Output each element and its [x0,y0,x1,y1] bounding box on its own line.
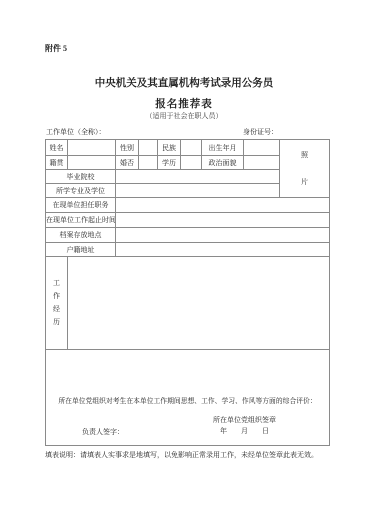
native-place-label-cell: 籍贯 [46,156,68,170]
political-status-value-cell [244,156,280,170]
archive-location-value-cell [116,228,330,243]
work-experience-char-4: 历 [53,319,60,326]
table-row: 在现单位工作起止时间 [46,213,330,228]
work-unit-label: 工作单位（全称）： [46,127,106,137]
table-row: 工 作 经 历 [46,257,330,350]
table-row: 所在单位党组织对考生在本单位工作期间思想、工作、学习、作风等方面的综合评价： 负… [46,350,330,446]
date-label: 年 月 日 [213,426,276,437]
marital-status-label-cell: 婚否 [116,156,139,170]
form-instructions: 填表说明：请填表人实事求是地填写，以免影响正常录用工作，未经单位签章此表无效。 [45,450,318,460]
work-experience-label-cell: 工 作 经 历 [46,257,68,350]
household-address-label-cell: 户籍地址 [46,243,116,257]
work-experience-char-1: 工 [53,280,60,287]
gender-label-cell: 性别 [116,140,139,156]
applicability-note: （适用于社会在职人员） [0,111,368,121]
ethnicity-value-cell [181,140,202,156]
current-position-value-cell [116,198,330,213]
work-experience-label: 工 作 经 历 [46,280,67,326]
signer-label: 负责人签字： [82,427,124,437]
political-status-label-cell: 政治面貌 [202,156,244,170]
marital-status-value-cell [139,156,158,170]
name-label-cell: 姓名 [46,140,68,156]
table-row: 在现单位担任职务 [46,198,330,213]
document-title: 中央机关及其直属机构考试录用公务员 [0,75,368,90]
gender-value-cell [139,140,158,156]
recommendation-form-table: 姓名 性别 民族 出生年月 照 片 籍贯 婚否 学历 政治面貌 [45,139,330,446]
name-value-cell [68,140,116,156]
org-seal-label: 所在单位党组织签章 [213,415,276,426]
education-value-cell [181,156,202,170]
graduate-school-label-cell: 毕业院校 [46,170,116,184]
table-row: 姓名 性别 民族 出生年月 照 片 [46,140,330,156]
work-experience-char-2: 作 [53,293,60,300]
work-period-value-cell [116,213,330,228]
document-page: 附件 5 中央机关及其直属机构考试录用公务员 报名推荐表 （适用于社会在职人员）… [0,0,368,520]
document-subtitle: 报名推荐表 [0,96,368,111]
household-address-value-cell [116,243,330,257]
native-place-value-cell [68,156,116,170]
graduate-school-value-cell [116,170,280,184]
current-position-label-cell: 在现单位担任职务 [46,198,116,213]
work-experience-char-3: 经 [53,306,60,313]
birth-date-value-cell [244,140,280,156]
evaluation-cell: 所在单位党组织对考生在本单位工作期间思想、工作、学习、作风等方面的综合评价： 负… [46,350,330,446]
birth-date-label-cell: 出生年月 [202,140,244,156]
attachment-label: 附件 5 [45,43,67,54]
org-seal-block: 所在单位党组织签章 年 月 日 [213,415,276,437]
major-degree-label-cell: 所学专业及学位 [46,184,116,198]
photo-label: 照 片 [280,142,329,196]
ethnicity-label-cell: 民族 [158,140,181,156]
evaluation-prompt: 所在单位党组织对考生在本单位工作期间思想、工作、学习、作风等方面的综合评价： [46,390,329,405]
photo-label-char-2: 片 [301,177,308,187]
photo-cell: 照 片 [280,140,330,198]
table-row: 户籍地址 [46,243,330,257]
education-label-cell: 学历 [158,156,181,170]
id-number-label: 身份证号： [243,127,278,137]
major-degree-value-cell [116,184,280,198]
table-row: 档案存放地点 [46,228,330,243]
work-period-label-cell: 在现单位工作起止时间 [46,213,116,228]
photo-label-char-1: 照 [301,150,308,160]
archive-location-label-cell: 档案存放地点 [46,228,116,243]
work-experience-value-cell [68,257,330,350]
